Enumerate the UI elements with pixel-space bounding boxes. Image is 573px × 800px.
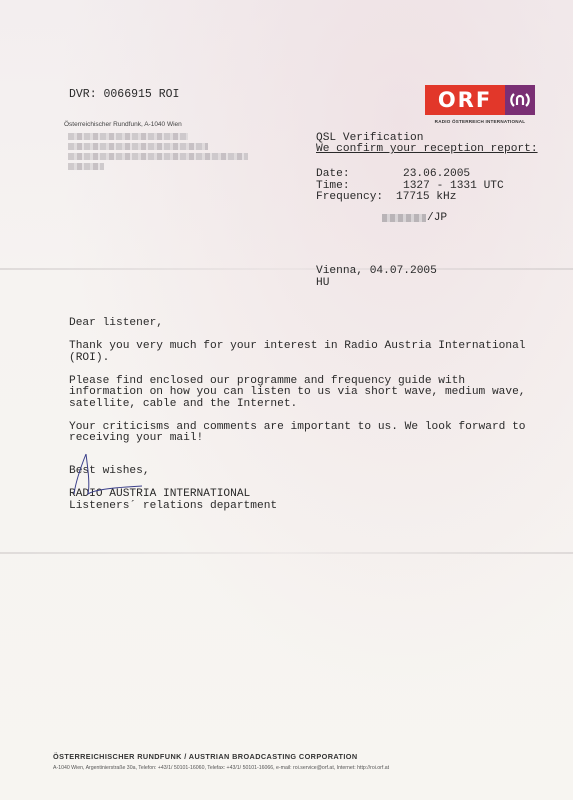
- paragraph: Thank you very much for your interest in…: [69, 341, 549, 364]
- letter-page: DVR: 0066915 ROI Österreichischer Rundfu…: [0, 0, 573, 800]
- dvr-number: DVR: 0066915 ROI: [69, 89, 179, 101]
- detail-frequency: Frequency:17715 kHz: [316, 192, 504, 204]
- detail-date: Date:23.06.2005: [316, 169, 504, 181]
- sender-return-address: Österreichischer Rundfunk, A-1040 Wien: [64, 121, 182, 128]
- salutation: Dear listener,: [69, 318, 549, 330]
- orf-wordmark: ORF: [425, 85, 505, 115]
- listener-callsign: /JP: [382, 212, 447, 224]
- paper-fold: [0, 552, 573, 554]
- reception-details: Date:23.06.2005 Time:1327 - 1331 UTC Fre…: [316, 169, 504, 204]
- paragraph: Please find enclosed our programme and f…: [69, 376, 549, 411]
- recipient-address-redacted: [68, 133, 258, 173]
- letter-body: Dear listener, Thank you very much for y…: [69, 318, 549, 456]
- qsl-confirm-text: We confirm your reception report:: [316, 144, 538, 156]
- paragraph: Your criticisms and comments are importa…: [69, 422, 549, 445]
- department: Listeners´ relations department: [69, 500, 277, 512]
- callsign-redacted: [382, 214, 426, 222]
- footer-corporation: ÖSTERREICHISCHER RUNDFUNK / AUSTRIAN BRO…: [53, 752, 358, 761]
- radio-waves-icon: [505, 85, 535, 115]
- orf-logo: ORF RADIO ÖSTERREICH INTERNATIONAL: [425, 85, 535, 124]
- paper-fold: [0, 268, 573, 270]
- footer-address: A-1040 Wien, Argentinierstraße 30a, Tele…: [53, 765, 389, 771]
- initials: HU: [316, 278, 329, 290]
- place-date: Vienna, 04.07.2005: [316, 266, 437, 278]
- logo-subtitle: RADIO ÖSTERREICH INTERNATIONAL: [425, 119, 535, 124]
- handwritten-signature: [72, 450, 152, 500]
